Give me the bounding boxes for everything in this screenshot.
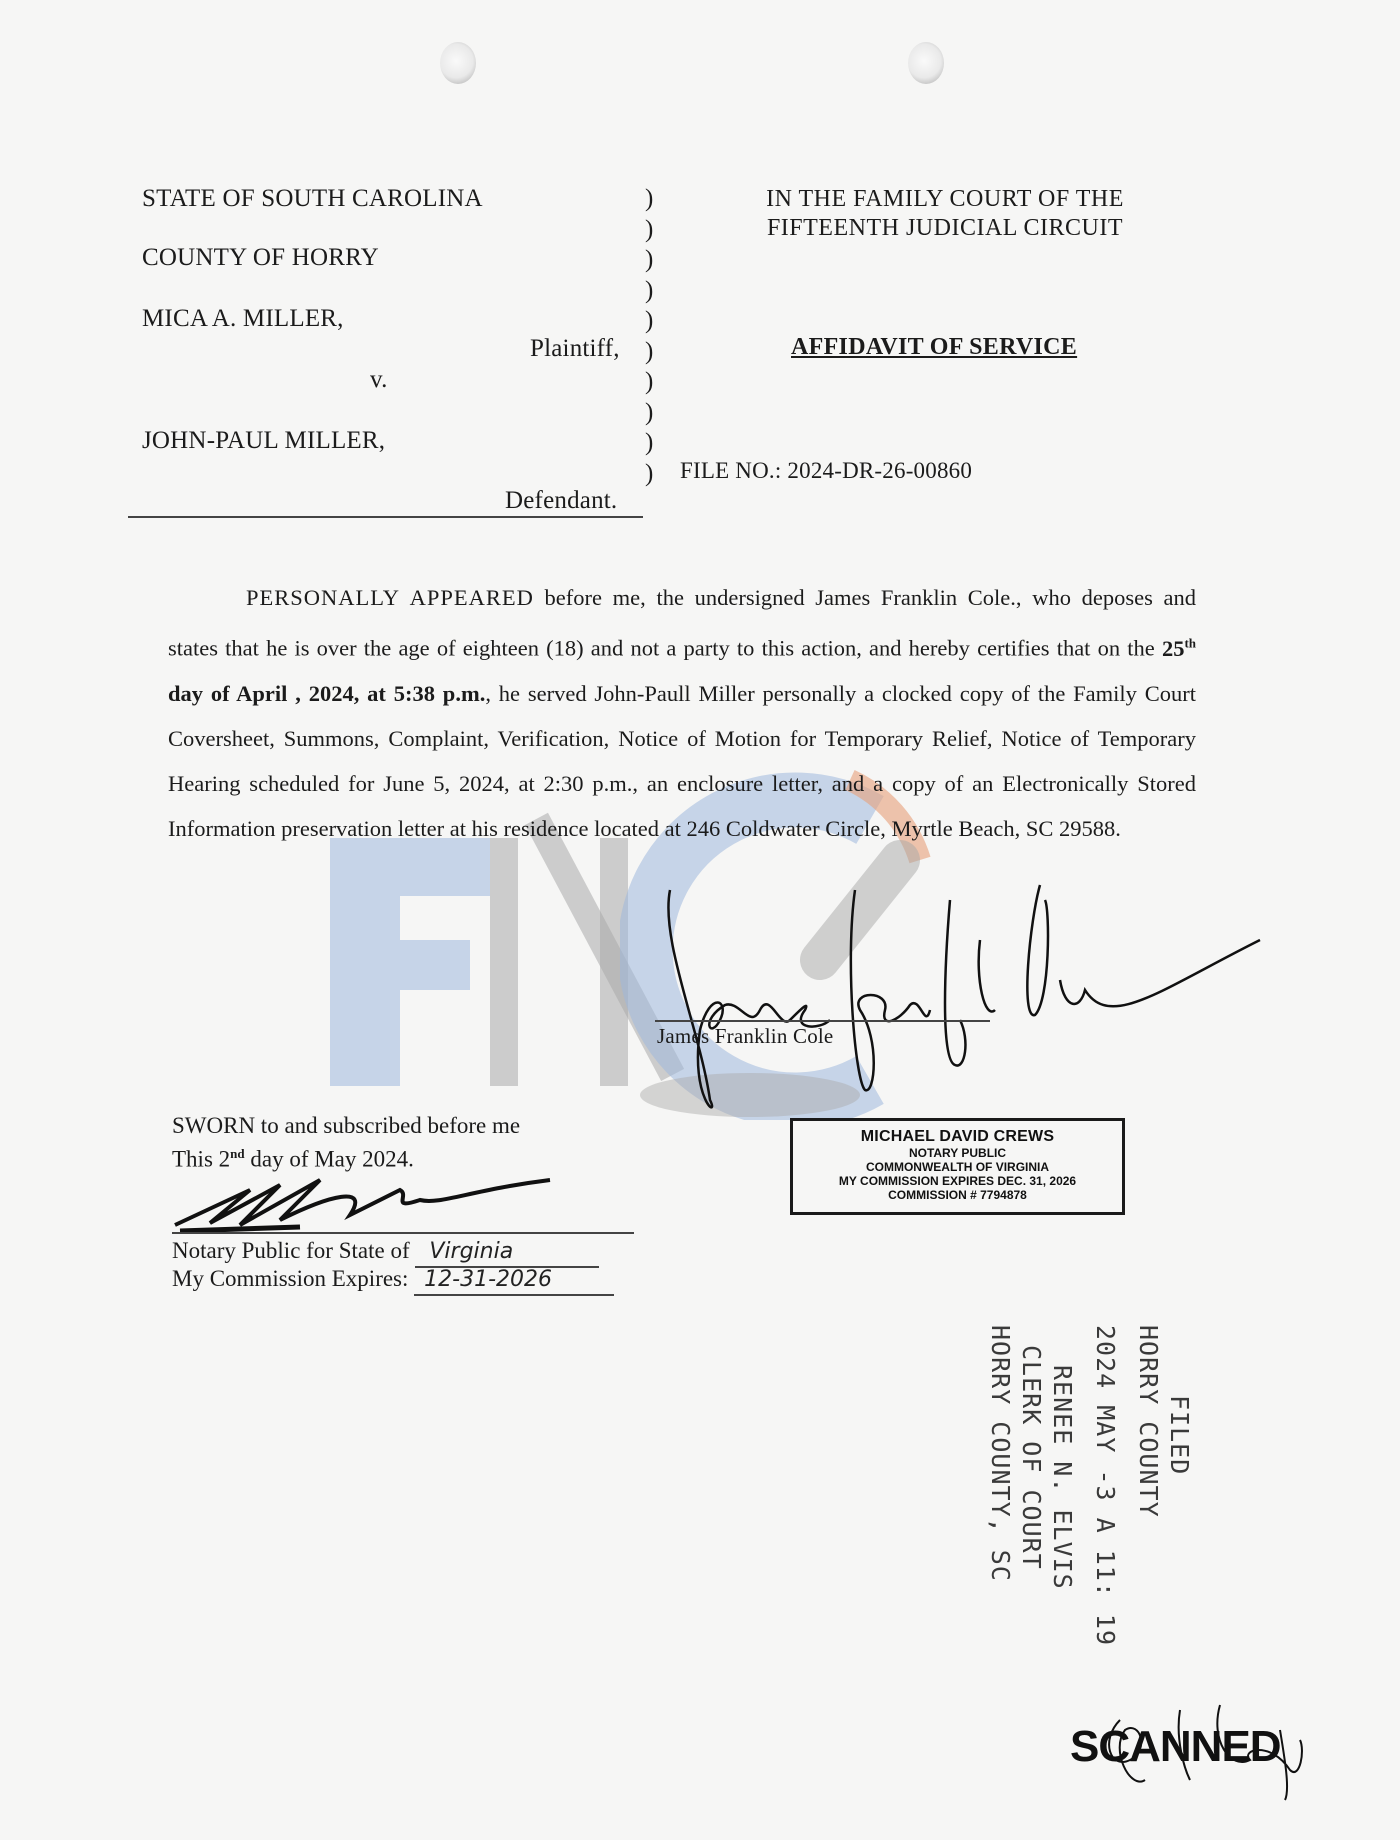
- court-line-1: IN THE FAMILY COURT OF THE: [735, 185, 1155, 214]
- filed-stamp-line-6: HORRY COUNTY, SC: [985, 1325, 1016, 1646]
- watermark-f-stem: [330, 838, 400, 1086]
- punch-hole-right: [908, 42, 944, 84]
- notary-state-row: Notary Public for State of Virginia: [172, 1237, 599, 1268]
- watermark-n-left: [490, 838, 518, 1086]
- body-intro: PERSONALLY APPEARED: [246, 585, 534, 610]
- notary-stamp-jurisdiction: COMMONWEALTH OF VIRGINIA: [793, 1160, 1122, 1174]
- court-heading: IN THE FAMILY COURT OF THE FIFTEENTH JUD…: [735, 185, 1155, 243]
- court-line-2: FIFTEENTH JUDICIAL CIRCUIT: [735, 214, 1155, 243]
- caption-county: COUNTY OF HORRY: [142, 244, 379, 272]
- file-number-label: FILE NO.:: [680, 458, 781, 483]
- notary-state-value: Virginia: [415, 1238, 599, 1268]
- caption-defendant-label: Defendant.: [505, 487, 617, 515]
- document-title: AFFIDAVIT OF SERVICE: [791, 334, 1077, 361]
- commission-expires-row: My Commission Expires: 12-31-2026: [172, 1265, 614, 1296]
- caption-state: STATE OF SOUTH CAROLINA: [142, 185, 483, 213]
- filed-stamp-line-2: HORRY COUNTY: [1133, 1325, 1164, 1646]
- caption-plaintiff-name: MICA A. MILLER,: [142, 305, 344, 333]
- filed-stamp-line-1: FILED: [1164, 1325, 1195, 1646]
- notary-stamp-title: NOTARY PUBLIC: [793, 1146, 1122, 1160]
- caption-versus: v.: [370, 366, 388, 394]
- notary-stamp-name: MICHAEL DAVID CREWS: [793, 1128, 1122, 1146]
- affiant-signature-line: [655, 1020, 990, 1022]
- notary-signature-line: [172, 1232, 634, 1234]
- notary-stamp-expires: MY COMMISSION EXPIRES DEC. 31, 2026: [793, 1174, 1122, 1188]
- file-number: FILE NO.: 2024-DR-26-00860: [680, 458, 972, 484]
- commission-expires-value: 12-31-2026: [414, 1266, 614, 1296]
- caption-paren-column: ) ) ) ) ) ) ) ) ) ): [645, 185, 653, 490]
- watermark-f-mid: [400, 940, 470, 990]
- affidavit-body: PERSONALLY APPEARED before me, the under…: [168, 575, 1196, 851]
- notary-stamp: MICHAEL DAVID CREWS NOTARY PUBLIC COMMON…: [790, 1118, 1125, 1215]
- affiant-signature: [640, 880, 1280, 1120]
- filed-stamp-line-3: 2024 MAY -3 A 11: 19: [1090, 1325, 1121, 1646]
- notary-stamp-commission: COMMISSION # 7794878: [793, 1188, 1122, 1202]
- notary-signature: [170, 1165, 570, 1235]
- filed-stamp: FILED HORRY COUNTY 2024 MAY -3 A 11: 19 …: [985, 1325, 1195, 1646]
- scanned-initials: [1090, 1700, 1330, 1810]
- affiant-printed-name: James Franklin Cole: [657, 1024, 833, 1049]
- jurat-line-1: SWORN to and subscribed before me: [172, 1112, 520, 1140]
- punch-hole-left: [440, 42, 476, 84]
- caption-defendant-name: JOHN-PAUL MILLER,: [142, 427, 385, 455]
- filed-stamp-line-5: CLERK OF COURT: [1016, 1325, 1047, 1646]
- file-number-value: 2024-DR-26-00860: [787, 458, 972, 483]
- caption-rule: [128, 516, 643, 518]
- filed-stamp-line-4: RENEE N. ELVIS: [1047, 1325, 1078, 1646]
- caption-plaintiff-label: Plaintiff,: [530, 335, 620, 363]
